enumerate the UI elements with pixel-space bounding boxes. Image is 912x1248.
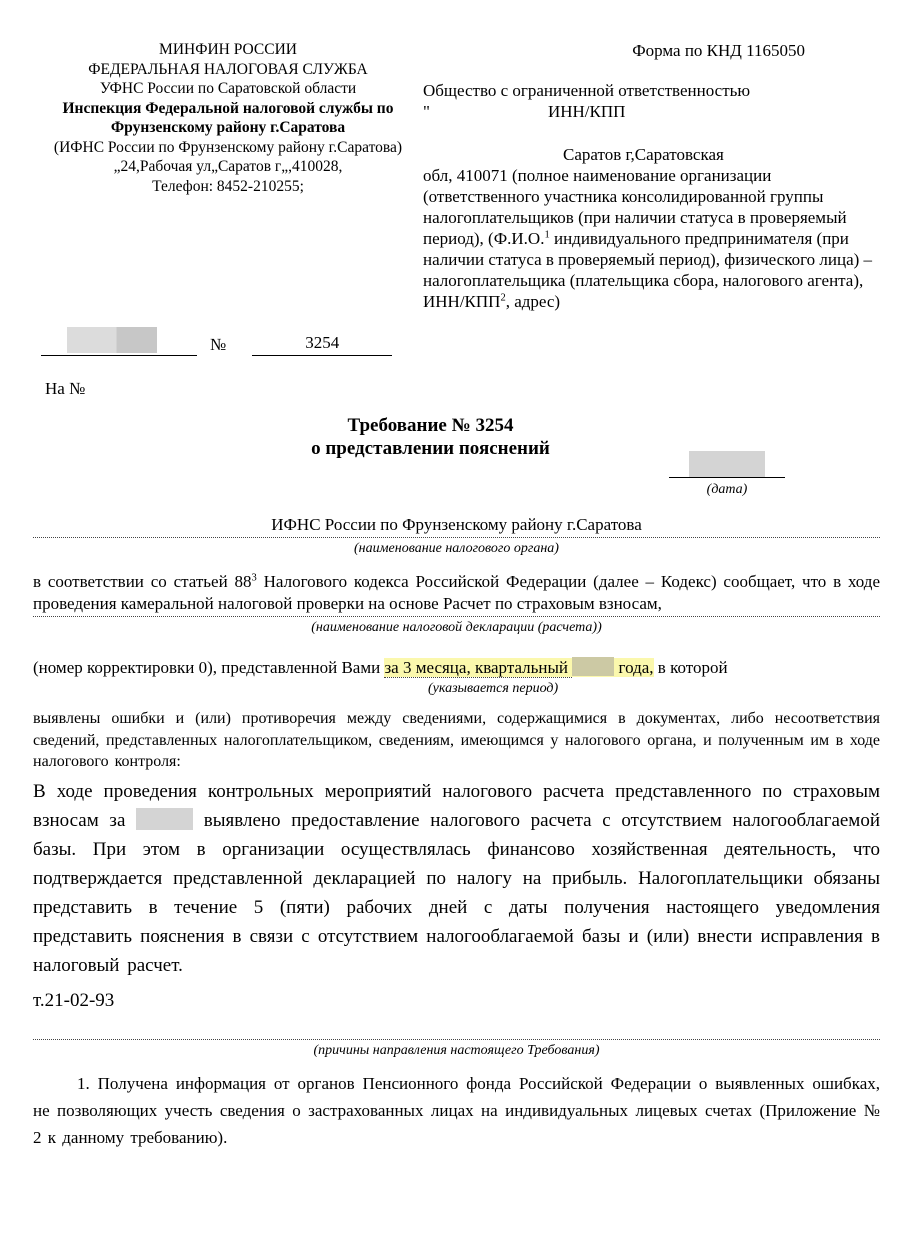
period-highlight: за 3 месяца, квартальный года,: [384, 658, 653, 677]
period-highlight-text-2: года,: [614, 658, 653, 677]
federal-service-line: ФЕДЕРАЛЬНАЯ НАЛОГОВАЯ СЛУЖБА: [33, 60, 423, 80]
tax-authority-caption: (наименование налогового органа): [33, 540, 880, 557]
inn-kpp-label: ИНН/КПП: [548, 101, 625, 122]
period-highlight-text-1: за 3 месяца, квартальный: [384, 658, 572, 678]
declaration-name-caption: (наименование налоговой декларации (расч…: [33, 619, 880, 636]
date-underline: [669, 477, 785, 478]
period-prefix: (номер корректировки 0), представленной …: [33, 658, 384, 677]
paragraph-reason-1: 1. Получена информация от органов Пенсио…: [33, 1070, 880, 1151]
recipient-address-text-3: , адрес): [506, 292, 560, 311]
outgoing-number: 3254: [305, 333, 339, 353]
period-suffix: в которой: [654, 658, 728, 677]
redaction-box-year: [572, 657, 614, 676]
date-caption: (дата): [669, 481, 785, 498]
redaction-box-date: [67, 327, 157, 353]
reasons-divider-line: [33, 1039, 880, 1040]
redaction-box-period: [136, 808, 193, 830]
ministry-line: МИНФИН РОССИИ: [33, 40, 423, 60]
reasons-caption: (причины направления настоящего Требован…: [33, 1042, 880, 1059]
recipient-address-rest: обл, 410071 (полное наименование организ…: [423, 165, 880, 312]
tax-authority-name: ИФНС России по Фрунзенскому району г.Сар…: [33, 514, 880, 538]
recipient-address-block: Саратов г,Саратовская обл, 410071 (полно…: [423, 144, 880, 312]
outgoing-number-field: 3254: [252, 326, 392, 356]
outgoing-date-field: [41, 326, 197, 356]
document-header: МИНФИН РОССИИ ФЕДЕРАЛЬНАЯ НАЛОГОВАЯ СЛУЖ…: [33, 40, 880, 312]
period-line: (номер корректировки 0), представленной …: [33, 657, 880, 679]
inspection-name-line2: Фрунзенскому району г.Саратова: [33, 118, 423, 138]
org-name-quote: ": [423, 101, 430, 122]
number-sign: №: [210, 335, 226, 356]
redaction-box-issue-date: [689, 451, 765, 477]
paragraph-discrepancies: выявлены ошибки и (или) противоречия меж…: [33, 708, 880, 773]
document-title-line1: Требование № 3254: [7, 414, 854, 437]
reply-to-number-label: На №: [45, 379, 880, 399]
inspection-address: „24,Рабочая ул„Саратов г„,410028,: [33, 157, 423, 177]
regional-office-line: УФНС России по Саратовской области: [33, 79, 423, 99]
recipient-block: Форма по КНД 1165050 Общество с ограниче…: [423, 40, 880, 312]
title-zone: Требование № 3254 о представлении поясне…: [33, 414, 880, 514]
reference-number-row: № 3254: [41, 326, 880, 356]
recipient-org-name-line: " ИНН/КПП: [423, 101, 880, 122]
inspection-short-name: (ИФНС России по Фрунзенскому району г.Са…: [33, 138, 423, 158]
issuing-authority-block: МИНФИН РОССИИ ФЕДЕРАЛЬНАЯ НАЛОГОВАЯ СЛУЖ…: [33, 40, 423, 312]
paragraph-main-findings: В ходе проведения контрольных мероприяти…: [33, 777, 880, 980]
form-code: Форма по КНД 1165050: [423, 40, 880, 61]
period-caption: (указывается период): [428, 680, 558, 697]
recipient-address-line1: Саратов г,Саратовская: [423, 144, 880, 165]
contact-phone: т.21-02-93: [33, 990, 880, 1012]
document-page: МИНФИН РОССИИ ФЕДЕРАЛЬНАЯ НАЛОГОВАЯ СЛУЖ…: [0, 0, 912, 1248]
inspection-name-line1: Инспекция Федеральной налоговой службы п…: [33, 99, 423, 119]
intro-text-1: в соответствии со статьей 88: [33, 572, 252, 591]
main-findings-text-2: выявлено предоставление налогового расче…: [33, 810, 880, 976]
recipient-org-type: Общество с ограниченной ответственностью: [423, 80, 880, 101]
inspection-phone: Телефон: 8452-210255;: [33, 177, 423, 197]
paragraph-intro: в соответствии со статьей 883 Налогового…: [33, 571, 880, 617]
date-field: (дата): [669, 451, 785, 498]
